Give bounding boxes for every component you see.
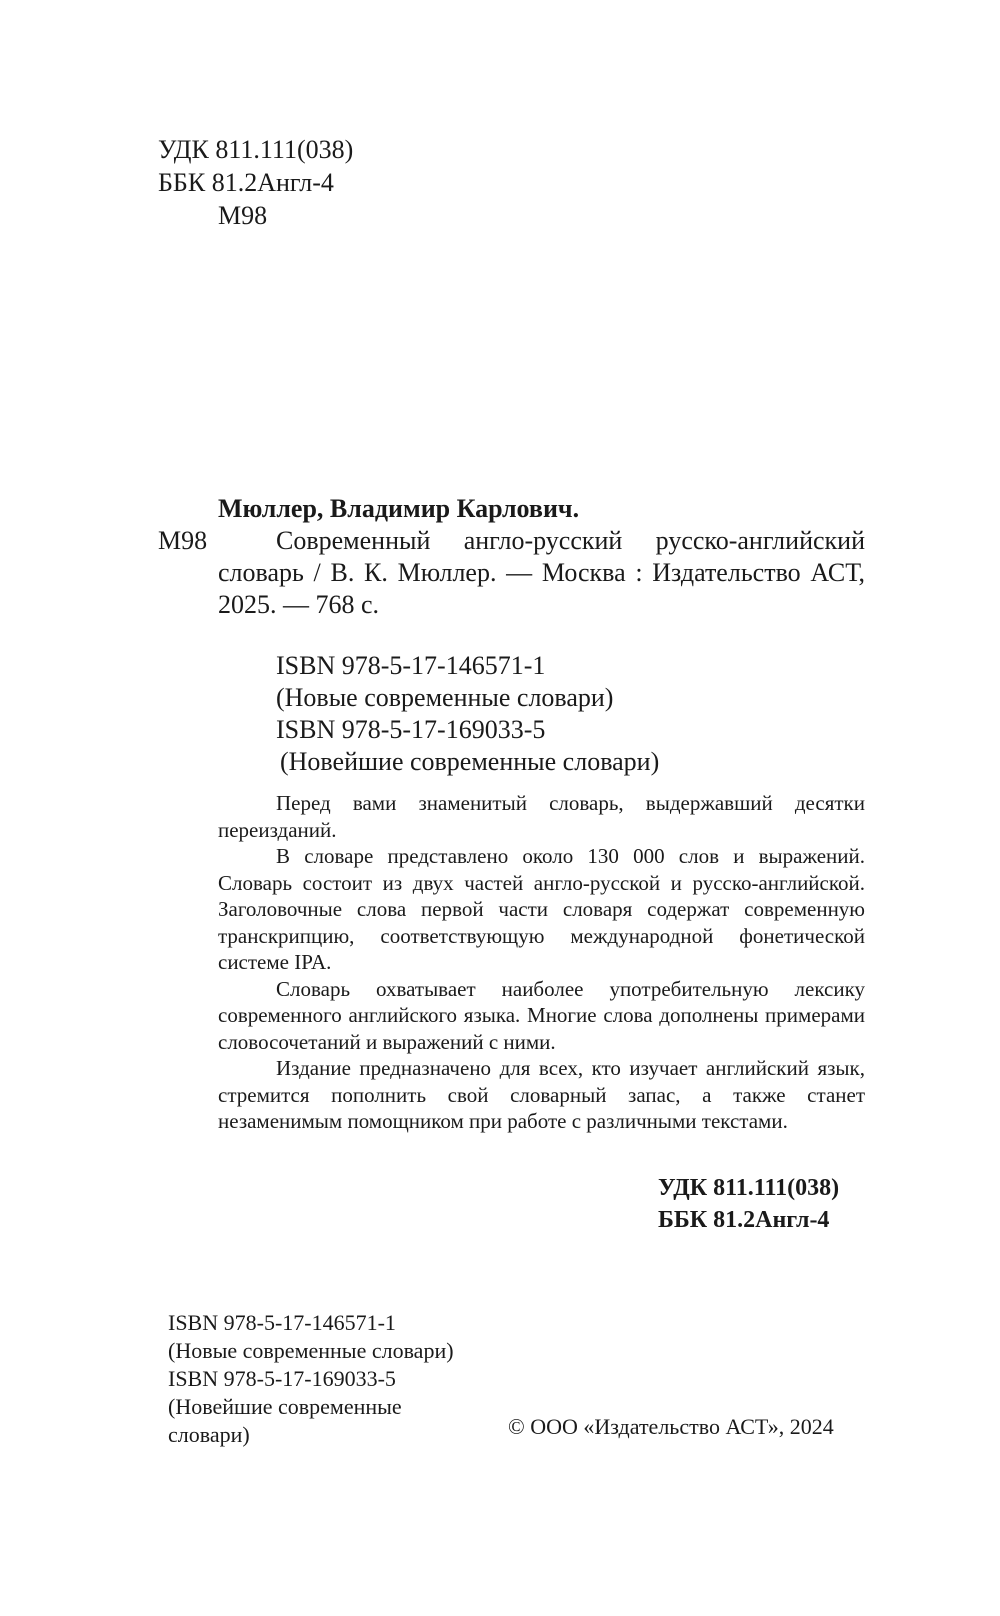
- annotation: Перед вами знаменитый словарь, выдержавш…: [218, 790, 865, 1135]
- series-2: (Новейшие современные словари): [276, 746, 659, 778]
- classification-codes-bold: УДК 811.111(038) ББК 81.2Англ-4: [658, 1172, 839, 1236]
- author-name: Мюллер, Владимир Карлович.: [218, 493, 865, 525]
- author-mark: М98: [158, 199, 353, 232]
- classification-codes-top: УДК 811.111(038) ББК 81.2Англ-4 М98: [158, 133, 353, 232]
- isbn-1-bottom: ISBN 978-5-17-146571-1: [168, 1309, 454, 1337]
- isbn-2-bottom: ISBN 978-5-17-169033-5: [168, 1365, 454, 1393]
- series-1: (Новые современные словари): [276, 682, 659, 714]
- bbk-code-bold: ББК 81.2Англ-4: [658, 1204, 839, 1236]
- annotation-paragraph: Перед вами знаменитый словарь, выдержавш…: [218, 790, 865, 843]
- series-2-bottom-a: (Новейшие современные: [168, 1393, 454, 1421]
- annotation-paragraph: В словаре представлено около 130 000 сло…: [218, 843, 865, 976]
- udk-code-bold: УДК 811.111(038): [658, 1172, 839, 1204]
- bottom-isbn-block: ISBN 978-5-17-146571-1 (Новые современны…: [168, 1309, 454, 1449]
- isbn-1: ISBN 978-5-17-146571-1: [276, 650, 659, 682]
- bbk-code: ББК 81.2Англ-4: [158, 166, 353, 199]
- copyright-notice: © ООО «Издательство АСТ», 2024: [508, 1413, 834, 1441]
- series-2-bottom-b: словари): [168, 1421, 454, 1449]
- catalog-card: Мюллер, Владимир Карлович. М98 Современн…: [218, 493, 865, 621]
- udk-code: УДК 811.111(038): [158, 133, 353, 166]
- series-1-bottom: (Новые современные словари): [168, 1337, 454, 1365]
- bibliographic-description: Современный англо-русский русско-английс…: [218, 525, 865, 621]
- isbn-block: ISBN 978-5-17-146571-1 (Новые современны…: [276, 650, 659, 778]
- annotation-paragraph: Словарь охватывает наиболее употребитель…: [218, 976, 865, 1056]
- isbn-2: ISBN 978-5-17-169033-5: [276, 714, 659, 746]
- author-mark-card: М98: [158, 525, 207, 557]
- annotation-paragraph: Издание предназначено для всех, кто изуч…: [218, 1055, 865, 1135]
